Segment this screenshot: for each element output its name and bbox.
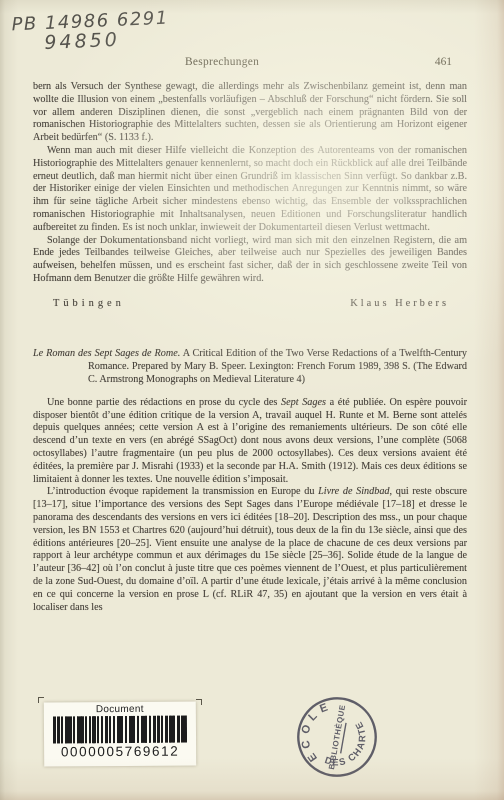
french-p1-text-cont: a été publiée. On espère pouvoir dispose… — [33, 397, 467, 485]
french-review-paragraph-1: Une bonne partie des rédactions en prose… — [33, 397, 467, 487]
label-corner-mark-right — [196, 699, 202, 705]
german-review-paragraph-1: bern als Versuch der Synthese gewagt, di… — [33, 81, 467, 145]
french-p1-italic-title: Sept Sages — [281, 397, 326, 408]
handwritten-shelfmark: PB 14986 6291 94850 — [11, 10, 170, 56]
barcode-number: 0000005769612 — [44, 743, 196, 759]
french-p1-text: Une bonne partie des rédactions en prose… — [47, 397, 281, 408]
book-heading: Le Roman des Sept Sages de Rome. A Criti… — [33, 347, 467, 386]
book-title-italic: Le Roman des Sept Sages de Rome. — [33, 348, 180, 359]
signature-place: Tübingen — [53, 298, 125, 311]
shelfmark-line-2: 94850 — [44, 28, 170, 53]
french-p2-text: L’introduction évoque rapidement la tran… — [47, 486, 318, 497]
text-column: bern als Versuch der Synthese gewagt, di… — [33, 81, 467, 614]
signature-line: Tübingen Klaus Herbers — [33, 298, 467, 311]
french-p2-text-cont: , qui reste obscure [13–17], situe l’imp… — [33, 486, 467, 612]
running-head: Besprechungen 461 — [33, 56, 467, 70]
barcode-caption: Document — [44, 701, 196, 715]
barcode-bars — [53, 716, 187, 744]
french-review-paragraph-2: L’introduction évoque rapidement la tran… — [33, 486, 467, 614]
barcode-sticker: Document 0000005769612 — [44, 701, 196, 766]
german-review-paragraph-3: Solange der Dokumentationsband nicht vor… — [33, 235, 467, 286]
scanned-journal-page: PB 14986 6291 94850 Besprechungen 461 be… — [0, 0, 504, 800]
german-review-paragraph-2: Wenn man auch mit dieser Hilfe vielleich… — [33, 145, 467, 235]
reviewer-name: Klaus Herbers — [350, 298, 449, 311]
stamp-group: ECOLE DES CHARTES BIBLIOTHÈQUE — [294, 694, 380, 780]
page-number: 461 — [435, 56, 452, 68]
section-title: Besprechungen — [185, 56, 259, 68]
library-stamp: ECOLE DES CHARTES BIBLIOTHÈQUE — [294, 694, 380, 780]
french-p2-italic-title: Livre de Sindbad — [318, 486, 389, 497]
